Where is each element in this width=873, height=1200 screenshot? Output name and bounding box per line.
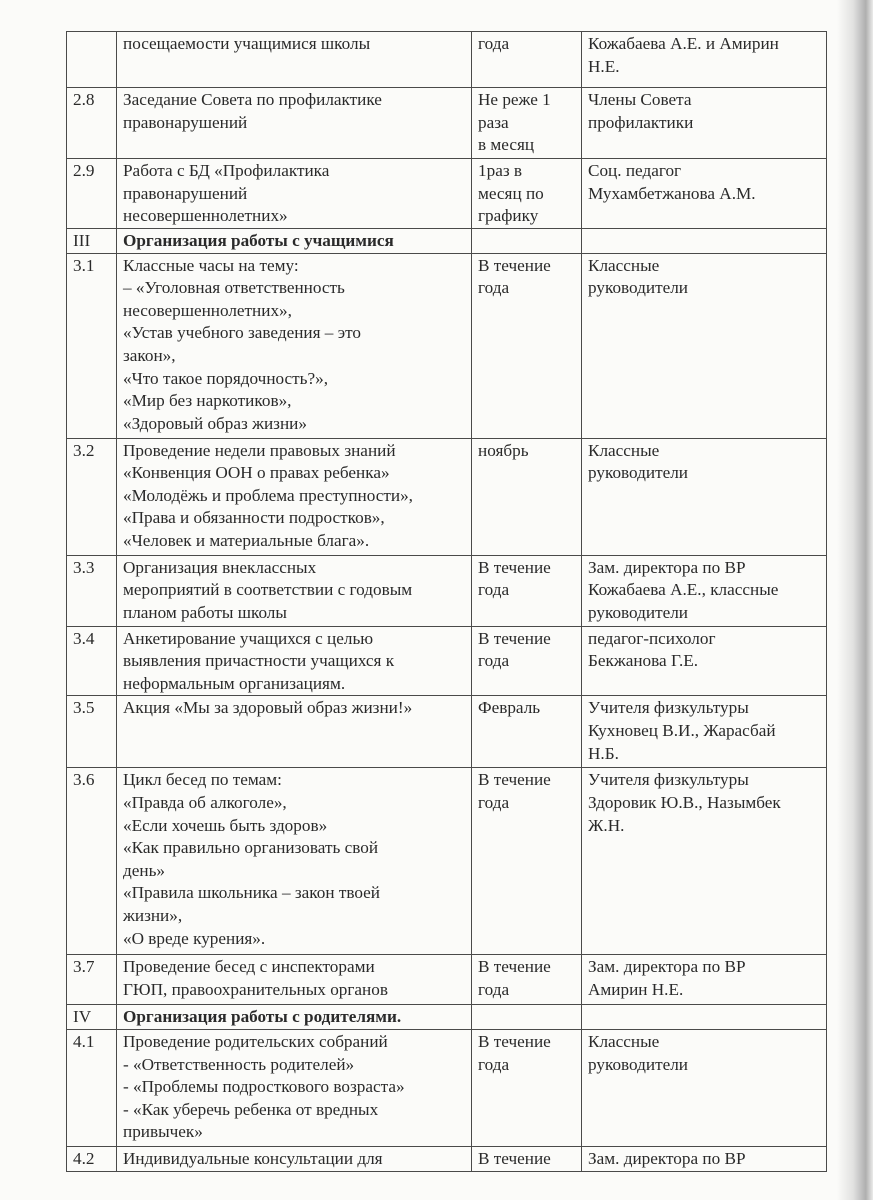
timing-cell: В течение — [472, 1146, 582, 1171]
row-number: 2.8 — [67, 88, 117, 159]
responsible-cell: Учителя физкультурыЗдоровик Ю.В., Назымб… — [582, 768, 827, 955]
responsible-cell: Члены Советапрофилактики — [582, 88, 827, 159]
timing-cell: В течениегода — [472, 1029, 582, 1146]
section-number: III — [67, 229, 117, 254]
activity-cell: Проведение недели правовых знаний«Конвен… — [117, 438, 472, 555]
row-number: 4.2 — [67, 1146, 117, 1171]
timing-cell: В течениегода — [472, 555, 582, 626]
activity-plan-table: посещаемости учащимися школы года Кожаба… — [66, 31, 827, 1172]
activity-cell: Цикл бесед по темам:«Правда об алкоголе»… — [117, 768, 472, 955]
activity-cell: Анкетирование учащихся с цельювыявления … — [117, 626, 472, 696]
responsible-cell: педагог-психологБекжанова Г.Е. — [582, 626, 827, 696]
table-row: посещаемости учащимися школы года Кожаба… — [67, 32, 827, 88]
table-row: 3.6 Цикл бесед по темам:«Правда об алког… — [67, 768, 827, 955]
row-number: 3.4 — [67, 626, 117, 696]
row-number — [67, 32, 117, 88]
responsible-cell: Зам. директора по ВРКожабаева А.Е., клас… — [582, 555, 827, 626]
table-row: 3.7 Проведение бесед с инспекторамиГЮП, … — [67, 955, 827, 1005]
row-number: 3.2 — [67, 438, 117, 555]
row-number: 3.3 — [67, 555, 117, 626]
row-number: 3.1 — [67, 253, 117, 438]
section-title: Организация работы с родителями. — [117, 1005, 472, 1030]
table-row: 4.2 Индивидуальные консультации для В те… — [67, 1146, 827, 1171]
timing-cell: года — [472, 32, 582, 88]
responsible-cell: Классныеруководители — [582, 253, 827, 438]
table-row: 3.3 Организация внеклассныхмероприятий в… — [67, 555, 827, 626]
responsible-cell: Зам. директора по ВРАмирин Н.Е. — [582, 955, 827, 1005]
responsible-cell: Классныеруководители — [582, 438, 827, 555]
activity-cell: Классные часы на тему:– «Уголовная ответ… — [117, 253, 472, 438]
row-number: 3.6 — [67, 768, 117, 955]
section-title: Организация работы с учащимися — [117, 229, 472, 254]
responsible-cell — [582, 1005, 827, 1030]
responsible-cell — [582, 229, 827, 254]
table-body: посещаемости учащимися школы года Кожаба… — [67, 32, 827, 1172]
timing-cell: Февраль — [472, 696, 582, 768]
timing-cell: Не реже 1разав месяц — [472, 88, 582, 159]
timing-cell: В течениегода — [472, 253, 582, 438]
activity-cell: Работа с БД «Профилактикаправонарушенийн… — [117, 159, 472, 229]
activity-cell: Акция «Мы за здоровый образ жизни!» — [117, 696, 472, 768]
responsible-cell: Классныеруководители — [582, 1029, 827, 1146]
activity-cell: Проведение бесед с инспекторамиГЮП, прав… — [117, 955, 472, 1005]
table-row: 4.1 Проведение родительских собраний- «О… — [67, 1029, 827, 1146]
table-row: 3.1 Классные часы на тему:– «Уголовная о… — [67, 253, 827, 438]
responsible-cell: Учителя физкультурыКухновец В.И., Жарасб… — [582, 696, 827, 768]
activity-cell: Организация внеклассныхмероприятий в соо… — [117, 555, 472, 626]
section-row: III Организация работы с учащимися — [67, 229, 827, 254]
timing-cell — [472, 1005, 582, 1030]
row-number: 3.7 — [67, 955, 117, 1005]
responsible-cell: Зам. директора по ВР — [582, 1146, 827, 1171]
section-number: IV — [67, 1005, 117, 1030]
table-row: 3.5 Акция «Мы за здоровый образ жизни!» … — [67, 696, 827, 768]
table-row: 3.4 Анкетирование учащихся с цельювыявле… — [67, 626, 827, 696]
table-row: 3.2 Проведение недели правовых знаний«Ко… — [67, 438, 827, 555]
timing-cell: В течениегода — [472, 955, 582, 1005]
responsible-cell: Кожабаева А.Е. и АмиринН.Е. — [582, 32, 827, 88]
row-number: 2.9 — [67, 159, 117, 229]
section-row: IV Организация работы с родителями. — [67, 1005, 827, 1030]
timing-cell: В течениегода — [472, 626, 582, 696]
row-number: 3.5 — [67, 696, 117, 768]
row-number: 4.1 — [67, 1029, 117, 1146]
responsible-cell: Соц. педагогМухамбетжанова А.М. — [582, 159, 827, 229]
activity-cell: посещаемости учащимися школы — [117, 32, 472, 88]
table-row: 2.9 Работа с БД «Профилактикаправонаруше… — [67, 159, 827, 229]
timing-cell: ноябрь — [472, 438, 582, 555]
activity-cell: Заседание Совета по профилактикеправонар… — [117, 88, 472, 159]
timing-cell: В течениегода — [472, 768, 582, 955]
table-row: 2.8 Заседание Совета по профилактикеправ… — [67, 88, 827, 159]
timing-cell — [472, 229, 582, 254]
activity-cell: Проведение родительских собраний- «Ответ… — [117, 1029, 472, 1146]
scan-shadow-edge — [837, 0, 873, 1200]
activity-cell: Индивидуальные консультации для — [117, 1146, 472, 1171]
timing-cell: 1раз вмесяц пографику — [472, 159, 582, 229]
